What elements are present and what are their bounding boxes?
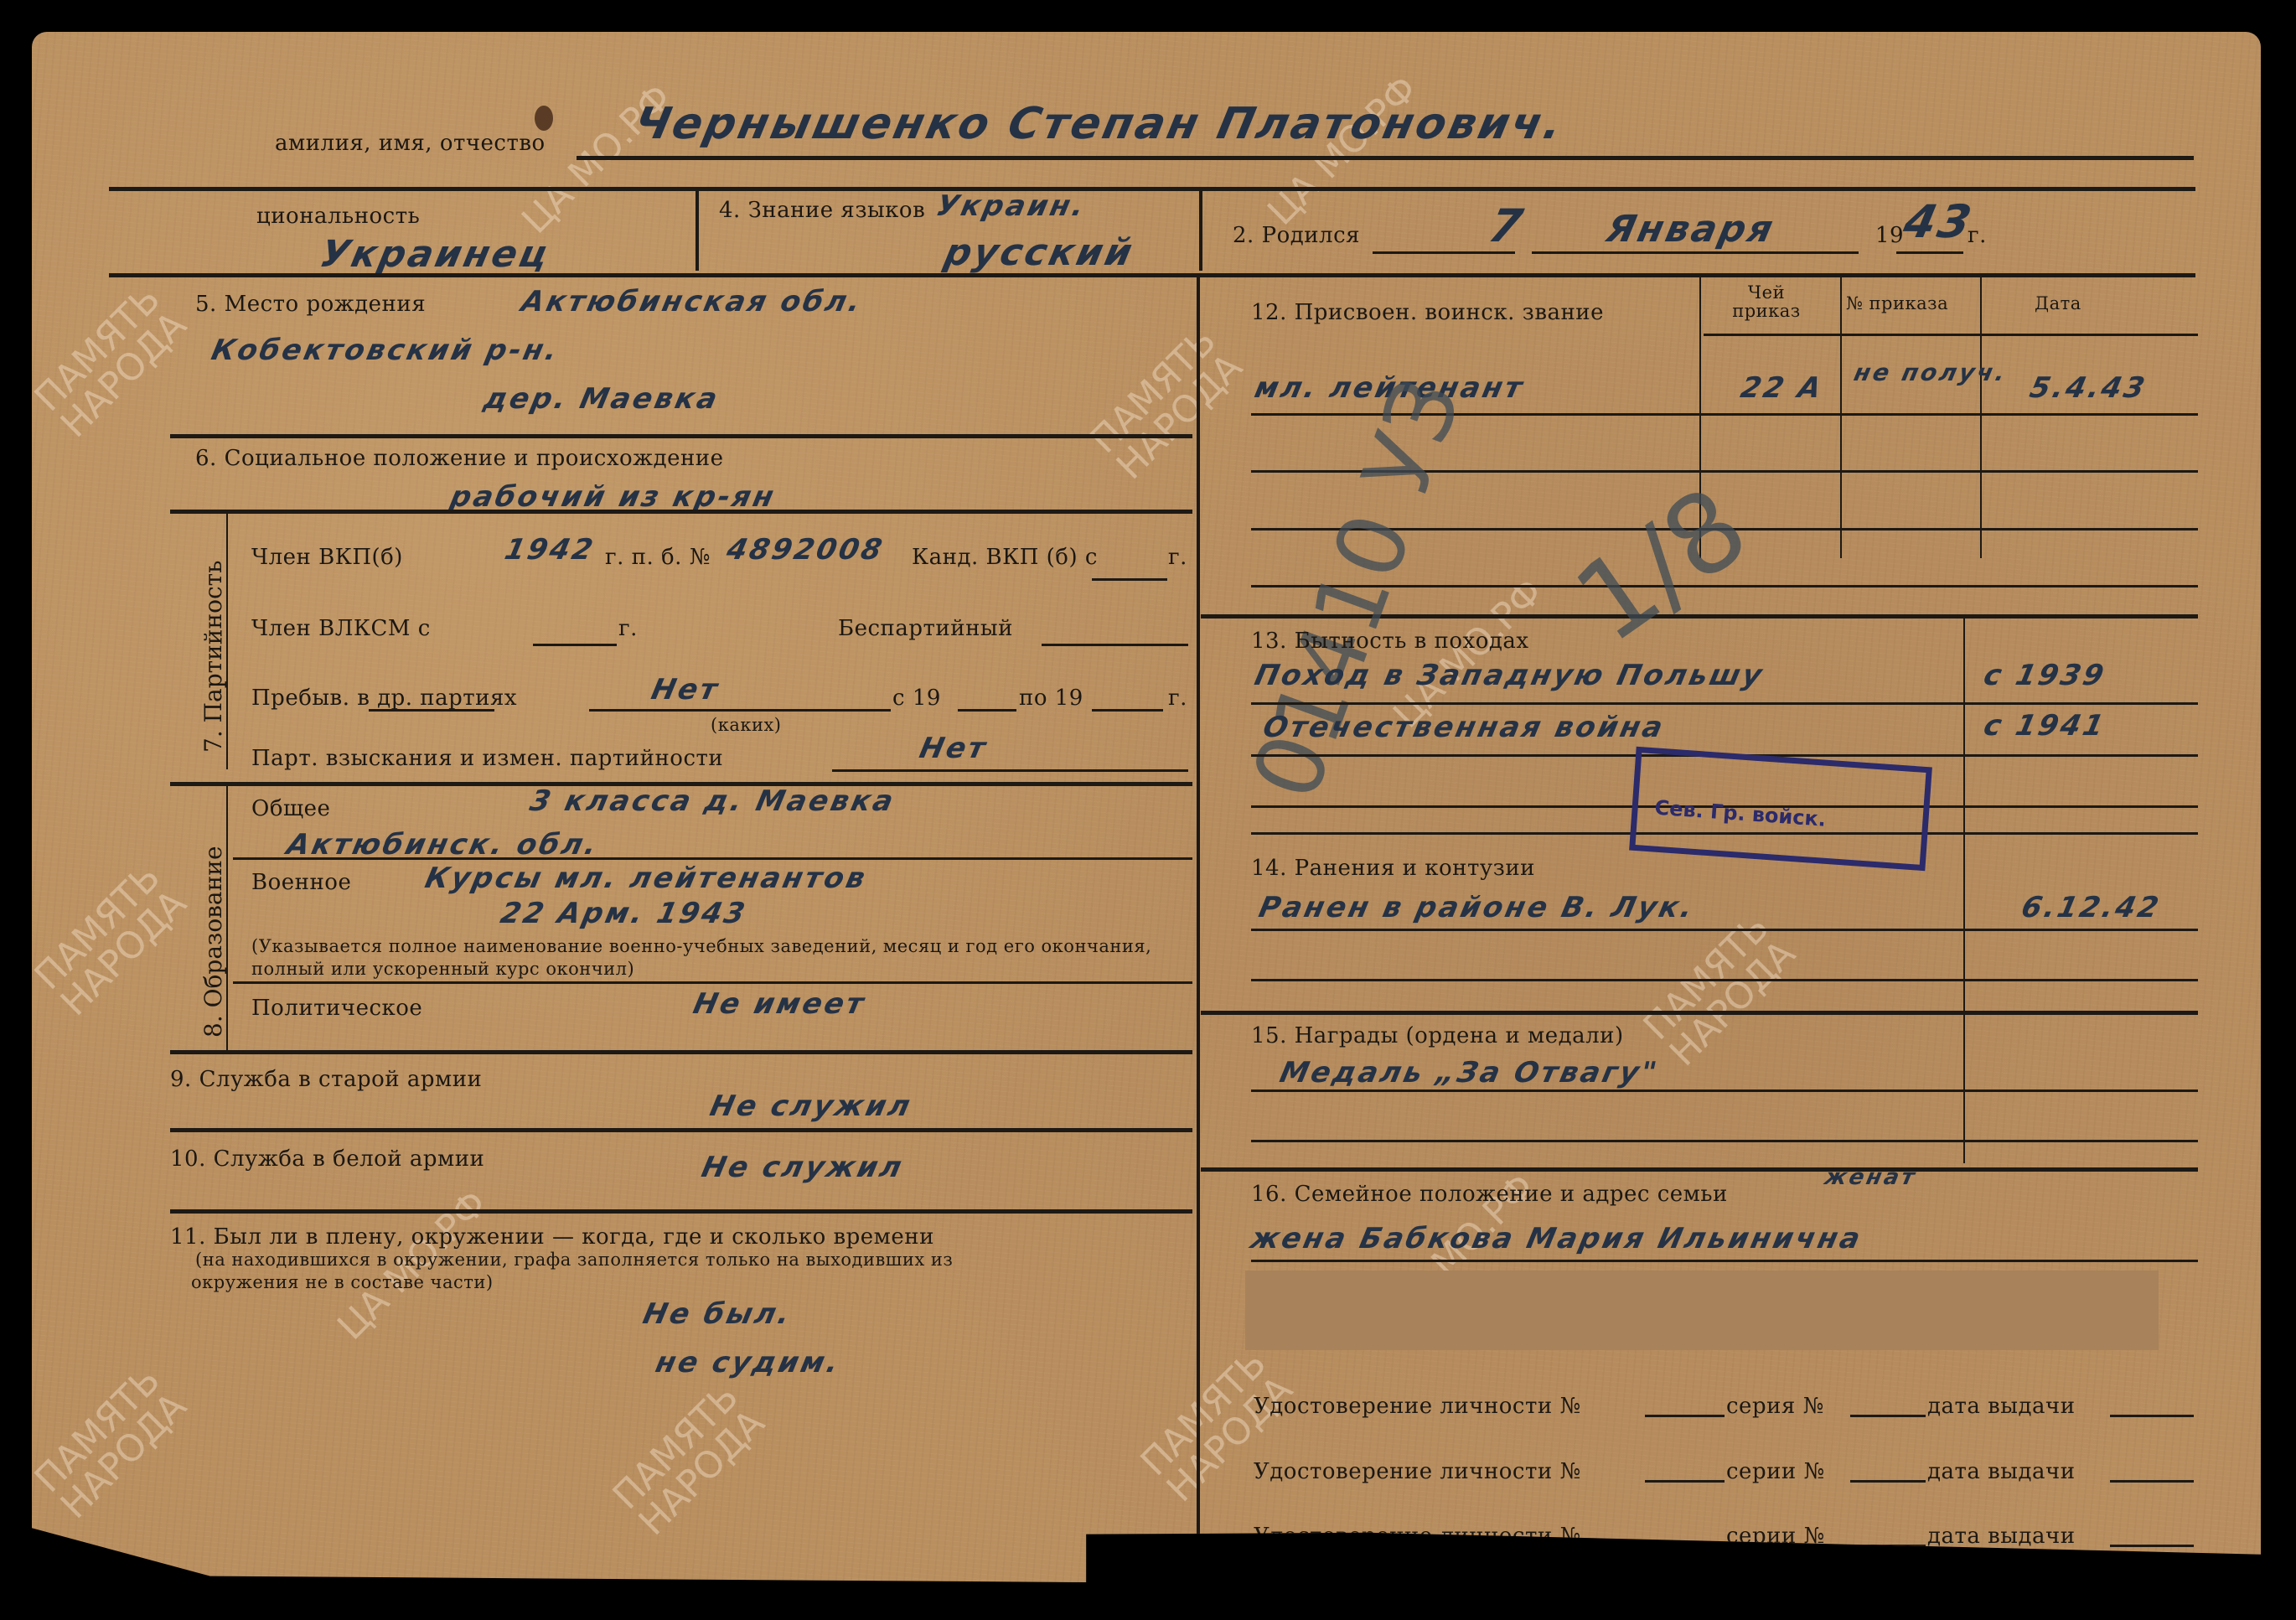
divider [1199,187,1202,271]
id-label: Удостоверение личности № [1254,1459,1581,1484]
rank-col-whose: Чей приказ [1729,283,1804,320]
born-year: 43 [1899,195,1978,248]
old-army-value: Не служил [707,1089,916,1123]
education-general-line1: 3 класса д. Маевка [527,784,899,818]
education-section-label: 8. Образование [199,846,227,1038]
blank-line [1532,251,1859,254]
id-label: Удостоверение личности № [1254,1524,1581,1549]
blank-line [1850,1415,1926,1417]
id-series: серии № [1726,1459,1825,1484]
languages-value-1: Украин. [933,189,1089,223]
other-party-to: по 19 [1019,686,1083,711]
divider [109,187,2195,191]
campaigns-label: 13. Бытность в походах [1251,629,1529,654]
divider [1963,614,1965,1163]
blank-line [1896,251,1963,254]
campaign-2-date: с 1941 [1981,709,2109,743]
id-date: дата выдачи [1927,1459,2076,1484]
party-member-year: 1942 [502,533,598,567]
unit-stamp: Сев. Гр. войск. [1629,747,1932,871]
party-card-number: 4892008 [724,533,887,567]
education-general-label: Общее [251,796,330,821]
rank-label: 12. Присвоен. воинск. звание [1251,300,1604,325]
divider [109,273,2195,277]
blank-line [533,644,617,646]
languages-value-2: русский [941,231,1139,274]
divider [233,981,1192,984]
education-political-label: Политическое [251,996,422,1021]
id-date: дата выдачи [1927,1394,2076,1419]
divider [1980,273,1982,558]
stamp-text: Сев. Гр. войск. [1654,796,1827,831]
nationality-value: Украинец [317,233,555,276]
divider [577,156,2194,160]
blank-line [958,709,1016,712]
pencil-note-1: 01410 УЗ [1232,365,1482,813]
birthplace-line3: дер. Маевка [481,382,722,416]
blank-line [1645,1545,1725,1547]
blank-line [589,709,891,712]
divider [170,1050,1192,1054]
birthplace-label: 5. Место рождения [195,292,426,317]
languages-label: 4. Знание языков [719,198,925,223]
education-military-line2: 22 Арм. 1943 [498,897,750,930]
wounds-date: 6.12.42 [2019,891,2164,924]
captivity-hint-1: (на находившихся в окружении, графа запо… [195,1250,953,1270]
other-party-hint: (каких) [711,715,782,735]
blank-line [1092,578,1167,581]
blank-line [1042,644,1188,646]
party-candidate-suffix: г. [1168,545,1187,570]
watermark: ПАМЯТЬ НАРОДА [1638,908,1802,1073]
divider [1201,1011,2198,1015]
divider [170,510,1192,514]
id-label: Удостоверение личности № [1254,1394,1581,1419]
born-year-end: г. [1968,223,1987,248]
party-section-label: 7. Партийность [199,561,227,753]
captivity-value-2: не судим. [653,1346,844,1379]
education-general-line2: Актюбинск. обл. [284,828,602,862]
captivity-hint-2: окружения не в составе части) [191,1272,494,1292]
other-party-value: Нет [649,673,723,706]
family-label: 16. Семейное положение и адрес семьи [1251,1182,1728,1207]
other-party-from: с 19 [892,686,941,711]
rank-col-date: Дата [2035,293,2081,313]
divider [1251,1089,2198,1092]
divider [1840,273,1842,558]
pencil-note-2: 1/8 [1553,463,1770,668]
family-status: женат [1823,1165,1919,1190]
komsomol-suffix: г. [618,616,638,641]
captivity-label: 11. Был ли в плену, окружении — когда, г… [170,1224,934,1250]
blank-line [1645,1415,1725,1417]
education-military-line1: Курсы мл. лейтенантов [422,862,871,895]
white-army-label: 10. Служба в белой армии [170,1146,484,1172]
education-military-hint: (Указывается полное наименование военно-… [251,935,1190,981]
divider [1704,334,2198,336]
divider [170,1128,1192,1132]
born-month: Января [1603,208,1779,251]
rank-whose: 22 А [1738,371,1827,405]
record-card: ЦА МО.РФ ЦА МО.РФ ПАМЯТЬ НАРОДА ПАМЯТЬ Н… [32,32,2261,1582]
nationality-label: циональность [256,204,420,229]
watermark: ПАМЯТЬ НАРОДА [1085,322,1249,486]
name-value: Чернышенко Степан Платонович. [630,99,1569,149]
center-divider [1197,273,1200,1539]
campaign-1: Поход в Западную Польшу [1252,659,1767,692]
blank-line [832,769,1188,772]
party-card-label: г. п. б. № [605,545,711,570]
blank-line [369,709,493,712]
watermark: ПАМЯТЬ НАРОДА [29,858,194,1022]
watermark: ЦА МО.РФ [1262,70,1424,231]
watermark: ПАМЯТЬ НАРОДА [29,1361,194,1525]
blank-line [1373,251,1515,254]
campaign-2: Отечественная война [1260,711,1668,744]
divider [1201,1167,2198,1172]
divider [1251,979,2198,981]
rank-number: не получ. [1851,359,2009,386]
watermark: ПАМЯТЬ НАРОДА [29,280,194,444]
family-value: жена Бабкова Мария Ильинична [1248,1222,1865,1255]
old-army-label: 9. Служба в старой армии [170,1067,482,1092]
rank-col-number: № приказа [1846,293,1948,313]
party-member-label: Член ВКП(б) [251,545,403,570]
white-army-value: Не служил [699,1151,908,1184]
campaign-1-date: с 1939 [1981,659,2109,692]
name-label: амилия, имя, отчество [275,131,546,156]
blank-line [1645,1480,1725,1483]
watermark: ПАМЯТЬ НАРОДА [608,1378,772,1542]
other-party-label: Пребыв. в др. партиях [251,686,517,711]
id-date: дата выдачи [1927,1524,2076,1549]
born-day: 7 [1484,199,1529,252]
divider [1251,702,2198,705]
captivity-value-1: Не был. [640,1297,795,1331]
ink-spot [535,106,553,131]
wounds-value: Ранен в районе В. Лук. [1256,891,1699,924]
education-military-label: Военное [251,870,351,895]
divider [1251,1260,2198,1262]
rank-date: 5.4.43 [2027,371,2150,405]
birthplace-line1: Актюбинская обл. [519,285,866,318]
party-penalties-value: Нет [917,732,991,765]
divider [170,1209,1192,1214]
blank-line [1092,709,1163,712]
nonparty-label: Беспартийный [838,616,1013,641]
born-label: 2. Родился [1233,223,1360,248]
blank-line [2110,1480,2194,1483]
birthplace-line2: Кобектовский р-н. [209,334,563,367]
other-party-end: г. [1168,686,1187,711]
divider [696,187,699,271]
blank-line [1850,1545,1926,1547]
education-political-value: Не имеет [690,987,869,1021]
komsomol-label: Член ВЛКСМ с [251,616,431,641]
party-candidate-label: Канд. ВКП (б) с [912,545,1098,570]
divider [1251,1140,2198,1142]
divider [170,434,1192,438]
awards-label: 15. Награды (ордена и медали) [1251,1023,1624,1048]
id-series: серии № [1726,1524,1825,1549]
divider [233,857,1192,860]
redacted-address [1245,1271,2159,1350]
awards-value: Медаль „За Отвагу" [1277,1056,1663,1089]
social-label: 6. Социальное положение и происхождение [195,446,724,471]
blank-line [1850,1480,1926,1483]
wounds-label: 14. Ранения и контузии [1251,856,1535,881]
social-value: рабочий из кр-ян [447,480,779,514]
blank-line [2110,1545,2194,1547]
divider [1251,929,2198,931]
party-penalties-label: Парт. взыскания и измен. партийности [251,746,723,771]
id-series: серия № [1726,1394,1824,1419]
blank-line [2110,1415,2194,1417]
